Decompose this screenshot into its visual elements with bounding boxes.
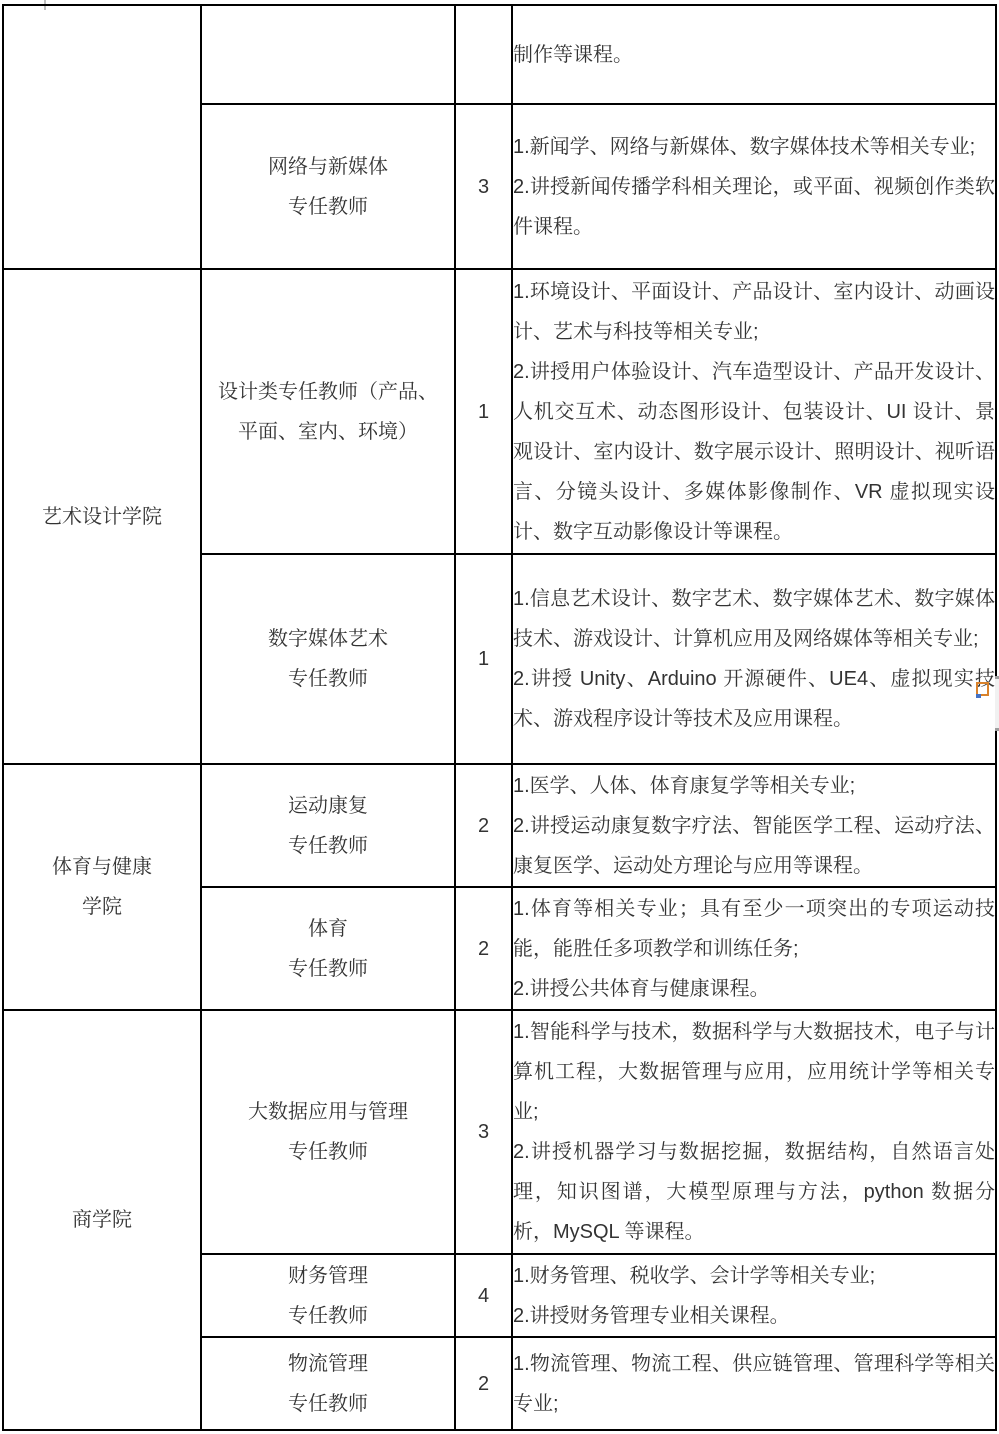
requirement-cell: 1.新闻学、网络与新媒体、数字媒体技术等相关专业; 2.讲授新闻传播学科相关理论… — [512, 104, 996, 269]
requirement-cell: 制作等课程。 — [512, 5, 996, 104]
position-cell: 体育 专任教师 — [201, 887, 455, 1010]
count-cell: 2 — [455, 1337, 512, 1430]
position-cell: 设计类专任教师（产品、 平面、室内、环境） — [201, 269, 455, 554]
position-cell: 大数据应用与管理 专任教师 — [201, 1010, 455, 1254]
count-cell: 4 — [455, 1254, 512, 1337]
count-cell: 2 — [455, 764, 512, 887]
requirement-cell: 1.财务管理、税收学、会计学等相关专业; 2.讲授财务管理专业相关课程。 — [512, 1254, 996, 1337]
count-cell: 3 — [455, 1010, 512, 1254]
table-row: 艺术设计学院 设计类专任教师（产品、 平面、室内、环境） 1 1.环境设计、平面… — [3, 269, 996, 554]
table-row: 商学院 大数据应用与管理 专任教师 3 1.智能科学与技术，数据科学与大数据技术… — [3, 1010, 996, 1254]
requirement-cell: 1.体育等相关专业；具有至少一项突出的专项运动技能，能胜任多项教学和训练任务; … — [512, 887, 996, 1010]
count-cell: 1 — [455, 269, 512, 554]
table-row: 体育与健康 学院 运动康复 专任教师 2 1.医学、人体、体育康复学等相关专业;… — [3, 764, 996, 887]
count-cell: 3 — [455, 104, 512, 269]
position-cell: 数字媒体艺术 专任教师 — [201, 554, 455, 764]
scrollbar-thumb[interactable] — [995, 676, 999, 731]
count-cell: 2 — [455, 887, 512, 1010]
recruitment-table: 制作等课程。 网络与新媒体 专任教师 3 1.新闻学、网络与新媒体、数字媒体技术… — [2, 4, 997, 1431]
position-cell: 运动康复 专任教师 — [201, 764, 455, 887]
requirement-cell: 1.智能科学与技术，数据科学与大数据技术，电子与计算机工程，大数据管理与应用，应… — [512, 1010, 996, 1254]
requirement-cell: 1.信息艺术设计、数字艺术、数字媒体艺术、数字媒体技术、游戏设计、计算机应用及网… — [512, 554, 996, 764]
college-cell — [3, 5, 201, 269]
position-cell — [201, 5, 455, 104]
college-cell: 体育与健康 学院 — [3, 764, 201, 1010]
scrollbar-dash-top-icon — [995, 676, 999, 679]
college-cell: 商学院 — [3, 1010, 201, 1430]
table-row: 制作等课程。 — [3, 5, 996, 104]
position-cell: 物流管理 专任教师 — [201, 1337, 455, 1430]
requirement-cell: 1.医学、人体、体育康复学等相关专业; 2.讲授运动康复数字疗法、智能医学工程、… — [512, 764, 996, 887]
position-cell: 财务管理 专任教师 — [201, 1254, 455, 1337]
requirement-cell: 1.环境设计、平面设计、产品设计、室内设计、动画设计、艺术与科技等相关专业; 2… — [512, 269, 996, 554]
edit-mark-corner — [976, 694, 981, 698]
position-cell: 网络与新媒体 专任教师 — [201, 104, 455, 269]
count-cell: 1 — [455, 554, 512, 764]
scrollbar-dash-bottom-icon — [995, 728, 999, 731]
requirement-cell: 1.物流管理、物流工程、供应链管理、管理科学等相关专业; — [512, 1337, 996, 1430]
count-cell — [455, 5, 512, 104]
college-cell: 艺术设计学院 — [3, 269, 201, 764]
document-page: 制作等课程。 网络与新媒体 专任教师 3 1.新闻学、网络与新媒体、数字媒体技术… — [0, 0, 999, 1434]
edit-mark-icon — [976, 682, 989, 696]
